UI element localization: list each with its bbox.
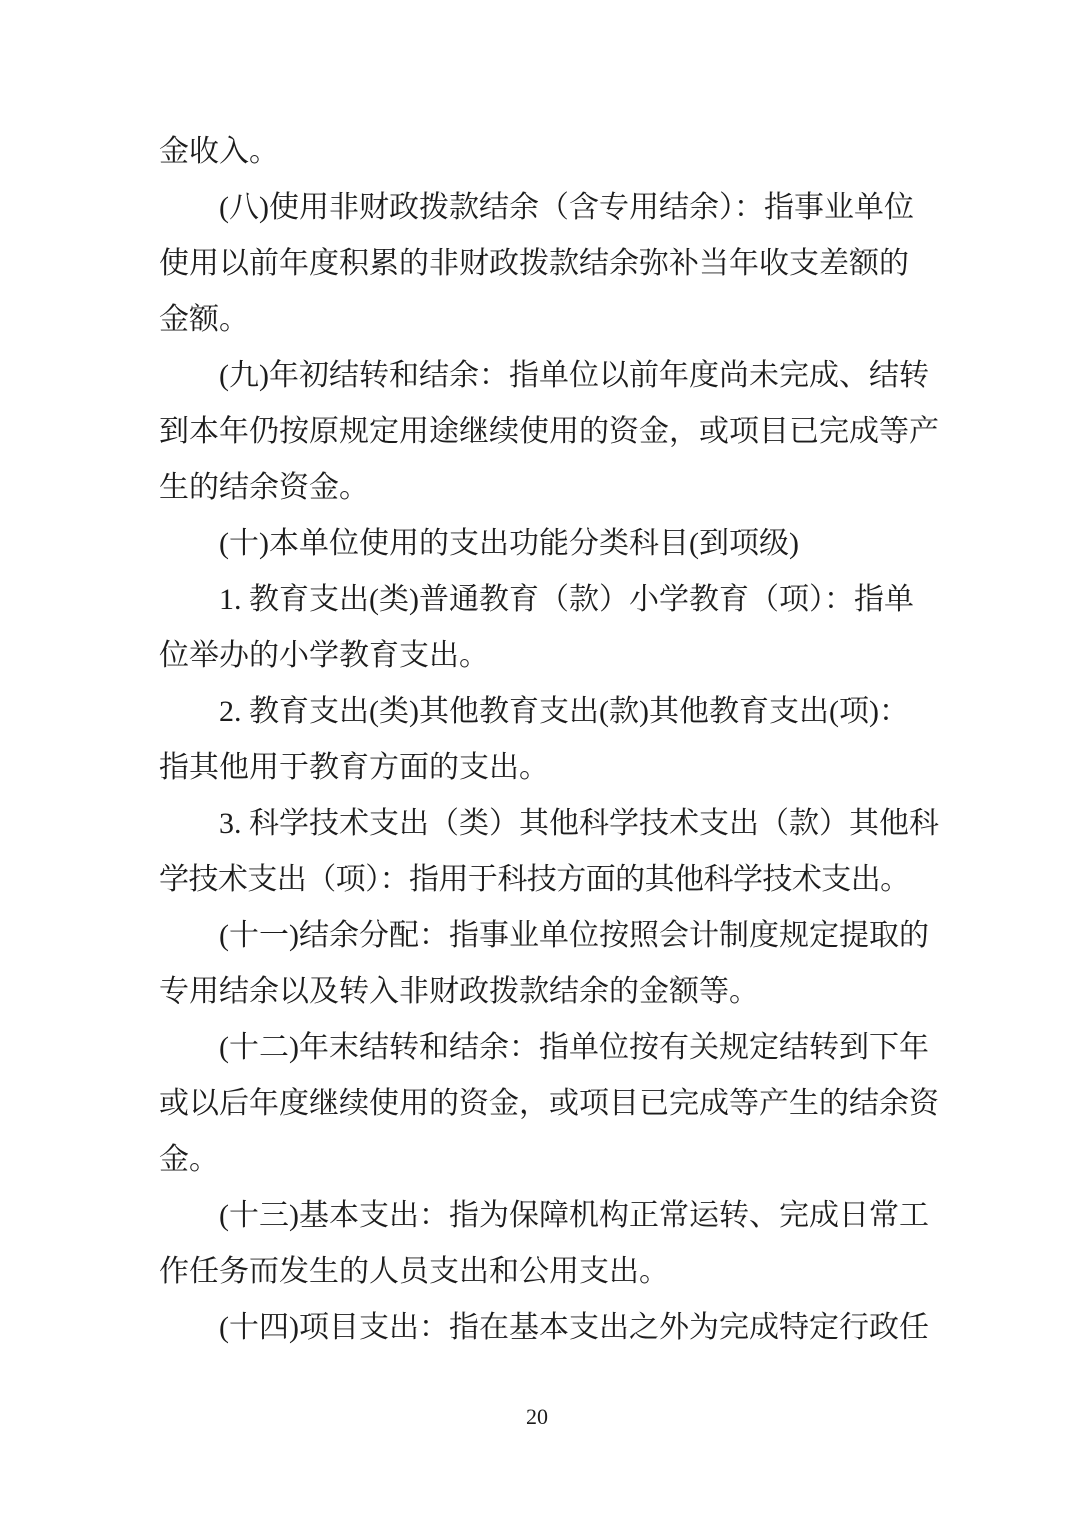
page-number: 20 bbox=[0, 1404, 1074, 1430]
text-line: 2. 教育支出(类)其他教育支出(款)其他教育支出(项)： bbox=[159, 684, 909, 740]
document-page: 金收入。 (八)使用非财政拨款结余（含专用结余）：指事业单位 使用以前年度积累的… bbox=[0, 0, 1074, 1520]
text-line: 或以后年度继续使用的资金，或项目已完成等产生的结余资 bbox=[159, 1076, 909, 1132]
text-line: 生的结余资金。 bbox=[159, 460, 909, 516]
text-line: (十四)项目支出：指在基本支出之外为完成特定行政任 bbox=[159, 1300, 909, 1356]
text-line: 金收入。 bbox=[159, 124, 909, 180]
text-line: (九)年初结转和结余：指单位以前年度尚未完成、结转 bbox=[159, 348, 909, 404]
text-line: 作任务而发生的人员支出和公用支出。 bbox=[159, 1244, 909, 1300]
body-text: 金收入。 (八)使用非财政拨款结余（含专用结余）：指事业单位 使用以前年度积累的… bbox=[159, 124, 909, 1356]
text-line: 3. 科学技术支出（类）其他科学技术支出（款）其他科 bbox=[159, 796, 909, 852]
text-line: 到本年仍按原规定用途继续使用的资金，或项目已完成等产 bbox=[159, 404, 909, 460]
text-line: 金。 bbox=[159, 1132, 909, 1188]
text-line: (十二)年末结转和结余：指单位按有关规定结转到下年 bbox=[159, 1020, 909, 1076]
text-line: (十三)基本支出：指为保障机构正常运转、完成日常工 bbox=[159, 1188, 909, 1244]
text-line: (十)本单位使用的支出功能分类科目(到项级) bbox=[159, 516, 909, 572]
text-line: 专用结余以及转入非财政拨款结余的金额等。 bbox=[159, 964, 909, 1020]
text-line: (十一)结余分配：指事业单位按照会计制度规定提取的 bbox=[159, 908, 909, 964]
text-line: 金额。 bbox=[159, 292, 909, 348]
text-line: 学技术支出（项）：指用于科技方面的其他科学技术支出。 bbox=[159, 852, 909, 908]
text-line: 1. 教育支出(类)普通教育（款）小学教育（项）：指单 bbox=[159, 572, 909, 628]
text-line: 指其他用于教育方面的支出。 bbox=[159, 740, 909, 796]
text-line: 位举办的小学教育支出。 bbox=[159, 628, 909, 684]
text-line: (八)使用非财政拨款结余（含专用结余）：指事业单位 bbox=[159, 180, 909, 236]
text-line: 使用以前年度积累的非财政拨款结余弥补当年收支差额的 bbox=[159, 236, 909, 292]
